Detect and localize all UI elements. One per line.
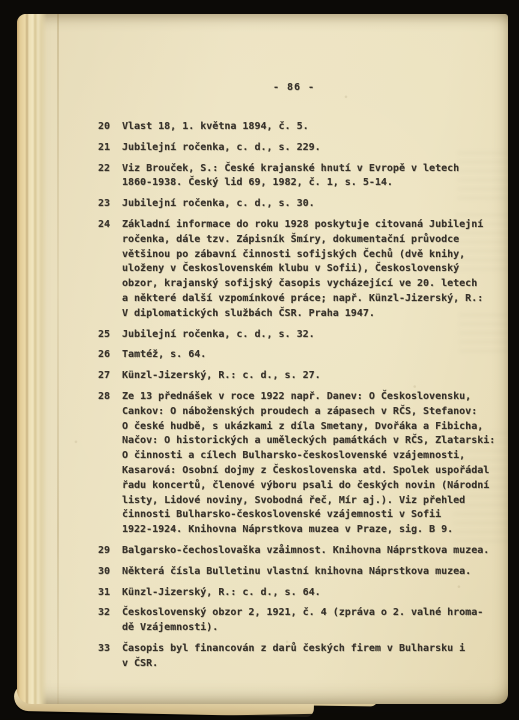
footnote-line: Jubilejní ročenka, c. d., s. 229. — [122, 141, 490, 156]
footnote-row: 33Časopis byl financován z darů českých … — [98, 642, 490, 672]
footnote-line: ročenka, dále tzv. Zápisník Šmíry, dokum… — [122, 233, 490, 248]
footnote-number: 31 — [98, 586, 122, 601]
footnote-line: uloženy v Československém klubu v Sofii)… — [122, 262, 490, 277]
footnote-text: Künzl-Jizerský, R.: c. d., s. 27. — [122, 369, 490, 384]
page-crease-line — [57, 14, 59, 704]
footnote-line: řadu koncertů, členové výboru psali do č… — [122, 479, 495, 494]
footnote-line: Načov: O historických a uměleckých památ… — [122, 434, 495, 449]
footnote-number: 28 — [98, 390, 122, 538]
footnote-row: 23Jubilejní ročenka, c. d., s. 30. — [98, 197, 490, 212]
footnote-line: Cankov: O náboženských proudech a zápase… — [122, 405, 495, 420]
footnote-line: Základní informace do roku 1928 poskytuj… — [122, 218, 490, 233]
footnote-line: 1860-1938. Český lid 69, 1982, č. 1, s. … — [122, 176, 490, 191]
footnote-row: 25Jubilejní ročenka, c. d., s. 32. — [98, 328, 490, 343]
footnote-line: O činnosti a cílech Bulharsko-českoslove… — [122, 449, 495, 464]
footnote-number: 25 — [98, 328, 122, 343]
footnote-text: Jubilejní ročenka, c. d., s. 32. — [122, 328, 490, 343]
footnote-number: 24 — [98, 218, 122, 322]
footnotes-list: 20Vlast 18, 1. května 1894, č. 5.21Jubil… — [98, 120, 490, 672]
footnote-line: a některé další vzpomínkové práce; např.… — [122, 292, 490, 307]
footnote-row: 24Základní informace do roku 1928 poskyt… — [98, 218, 490, 322]
footnote-text: Československý obzor 2, 1921, č. 4 (zprá… — [122, 606, 490, 636]
footnote-line: Ze 13 přednášek v roce 1922 např. Danev:… — [122, 390, 495, 405]
footnote-line: v ČSR. — [122, 657, 490, 672]
footnote-row: 30Některá čísla Bulletinu vlastní knihov… — [98, 565, 490, 580]
footnote-line: Tamtéž, s. 64. — [122, 348, 490, 363]
footnote-line: listy, Lidové noviny, Svobodná řeč, Mír … — [122, 494, 495, 509]
footnote-row: 29Balgarsko-čechoslovaška vzåimnost. Kni… — [98, 544, 490, 559]
footnote-row: 32Československý obzor 2, 1921, č. 4 (zp… — [98, 606, 490, 636]
footnote-row: 21Jubilejní ročenka, c. d., s. 229. — [98, 141, 490, 156]
footnote-row: 31Künzl-Jizerský, R.: c. d., s. 64. — [98, 586, 490, 601]
footnote-number: 32 — [98, 606, 122, 636]
footnote-line: Balgarsko-čechoslovaška vzåimnost. Kniho… — [122, 544, 490, 559]
footnote-number: 30 — [98, 565, 122, 580]
page-content: - 86 - 20Vlast 18, 1. května 1894, č. 5.… — [98, 82, 490, 678]
footnote-text: Jubilejní ročenka, c. d., s. 30. — [122, 197, 490, 212]
footnote-line: obzor, krajanský sofijský časopis vycház… — [122, 277, 490, 292]
footnote-number: 20 — [98, 120, 122, 135]
footnote-row: 28Ze 13 přednášek v roce 1922 např. Dane… — [98, 390, 490, 538]
footnote-line: většinou po zábavní činnosti sofijských … — [122, 248, 490, 263]
footnote-line: 1922-1924. Knihovna Náprstkova muzea v P… — [122, 523, 495, 538]
footnote-number: 29 — [98, 544, 122, 559]
footnote-number: 33 — [98, 642, 122, 672]
footnote-line: Viz Brouček, S.: České krajanské hnutí v… — [122, 162, 490, 177]
footnote-line: Československý obzor 2, 1921, č. 4 (zprá… — [122, 606, 490, 621]
footnote-text: Základní informace do roku 1928 poskytuj… — [122, 218, 490, 322]
footnote-row: 22Viz Brouček, S.: České krajanské hnutí… — [98, 162, 490, 192]
footnote-text: Künzl-Jizerský, R.: c. d., s. 64. — [122, 586, 490, 601]
footnote-text: Časopis byl financován z darů českých fi… — [122, 642, 490, 672]
footnote-text: Vlast 18, 1. května 1894, č. 5. — [122, 120, 490, 135]
footnote-line: Jubilejní ročenka, c. d., s. 30. — [122, 197, 490, 212]
footnote-line: Künzl-Jizerský, R.: c. d., s. 27. — [122, 369, 490, 384]
footnote-row: 20Vlast 18, 1. května 1894, č. 5. — [98, 120, 490, 135]
footnote-line: O české hudbě, s ukázkami z díla Smetany… — [122, 420, 495, 435]
footnote-text: Tamtéž, s. 64. — [122, 348, 490, 363]
footnote-number: 23 — [98, 197, 122, 212]
footnote-line: dě Vzájemnosti). — [122, 621, 490, 636]
footnote-text: Balgarsko-čechoslovaška vzåimnost. Kniho… — [122, 544, 490, 559]
footnote-line: Vlast 18, 1. května 1894, č. 5. — [122, 120, 490, 135]
page-number: - 86 - — [98, 82, 490, 93]
book-page: - 86 - 20Vlast 18, 1. května 1894, č. 5.… — [17, 14, 508, 704]
footnote-number: 21 — [98, 141, 122, 156]
footnote-row: 26Tamtéž, s. 64. — [98, 348, 490, 363]
footnote-row: 27Künzl-Jizerský, R.: c. d., s. 27. — [98, 369, 490, 384]
footnote-line: Kasarová: Osobní dojmy z Československa … — [122, 464, 495, 479]
footnote-number: 22 — [98, 162, 122, 192]
footnote-text: Některá čísla Bulletinu vlastní knihovna… — [122, 565, 490, 580]
footnote-line: Časopis byl financován z darů českých fi… — [122, 642, 490, 657]
footnote-line: V diplomatických službách ČSR. Praha 194… — [122, 307, 490, 322]
scan-background: - 86 - 20Vlast 18, 1. května 1894, č. 5.… — [0, 0, 519, 720]
footnote-number: 26 — [98, 348, 122, 363]
footnote-line: Jubilejní ročenka, c. d., s. 32. — [122, 328, 490, 343]
footnote-text: Viz Brouček, S.: České krajanské hnutí v… — [122, 162, 490, 192]
footnote-line: činnosti Bulharsko-československé vzájem… — [122, 508, 495, 523]
footnote-line: Některá čísla Bulletinu vlastní knihovna… — [122, 565, 490, 580]
page-edge-strip — [17, 14, 47, 704]
footnote-text: Jubilejní ročenka, c. d., s. 229. — [122, 141, 490, 156]
footnote-number: 27 — [98, 369, 122, 384]
footnote-text: Ze 13 přednášek v roce 1922 např. Danev:… — [122, 390, 495, 538]
footnote-line: Künzl-Jizerský, R.: c. d., s. 64. — [122, 586, 490, 601]
